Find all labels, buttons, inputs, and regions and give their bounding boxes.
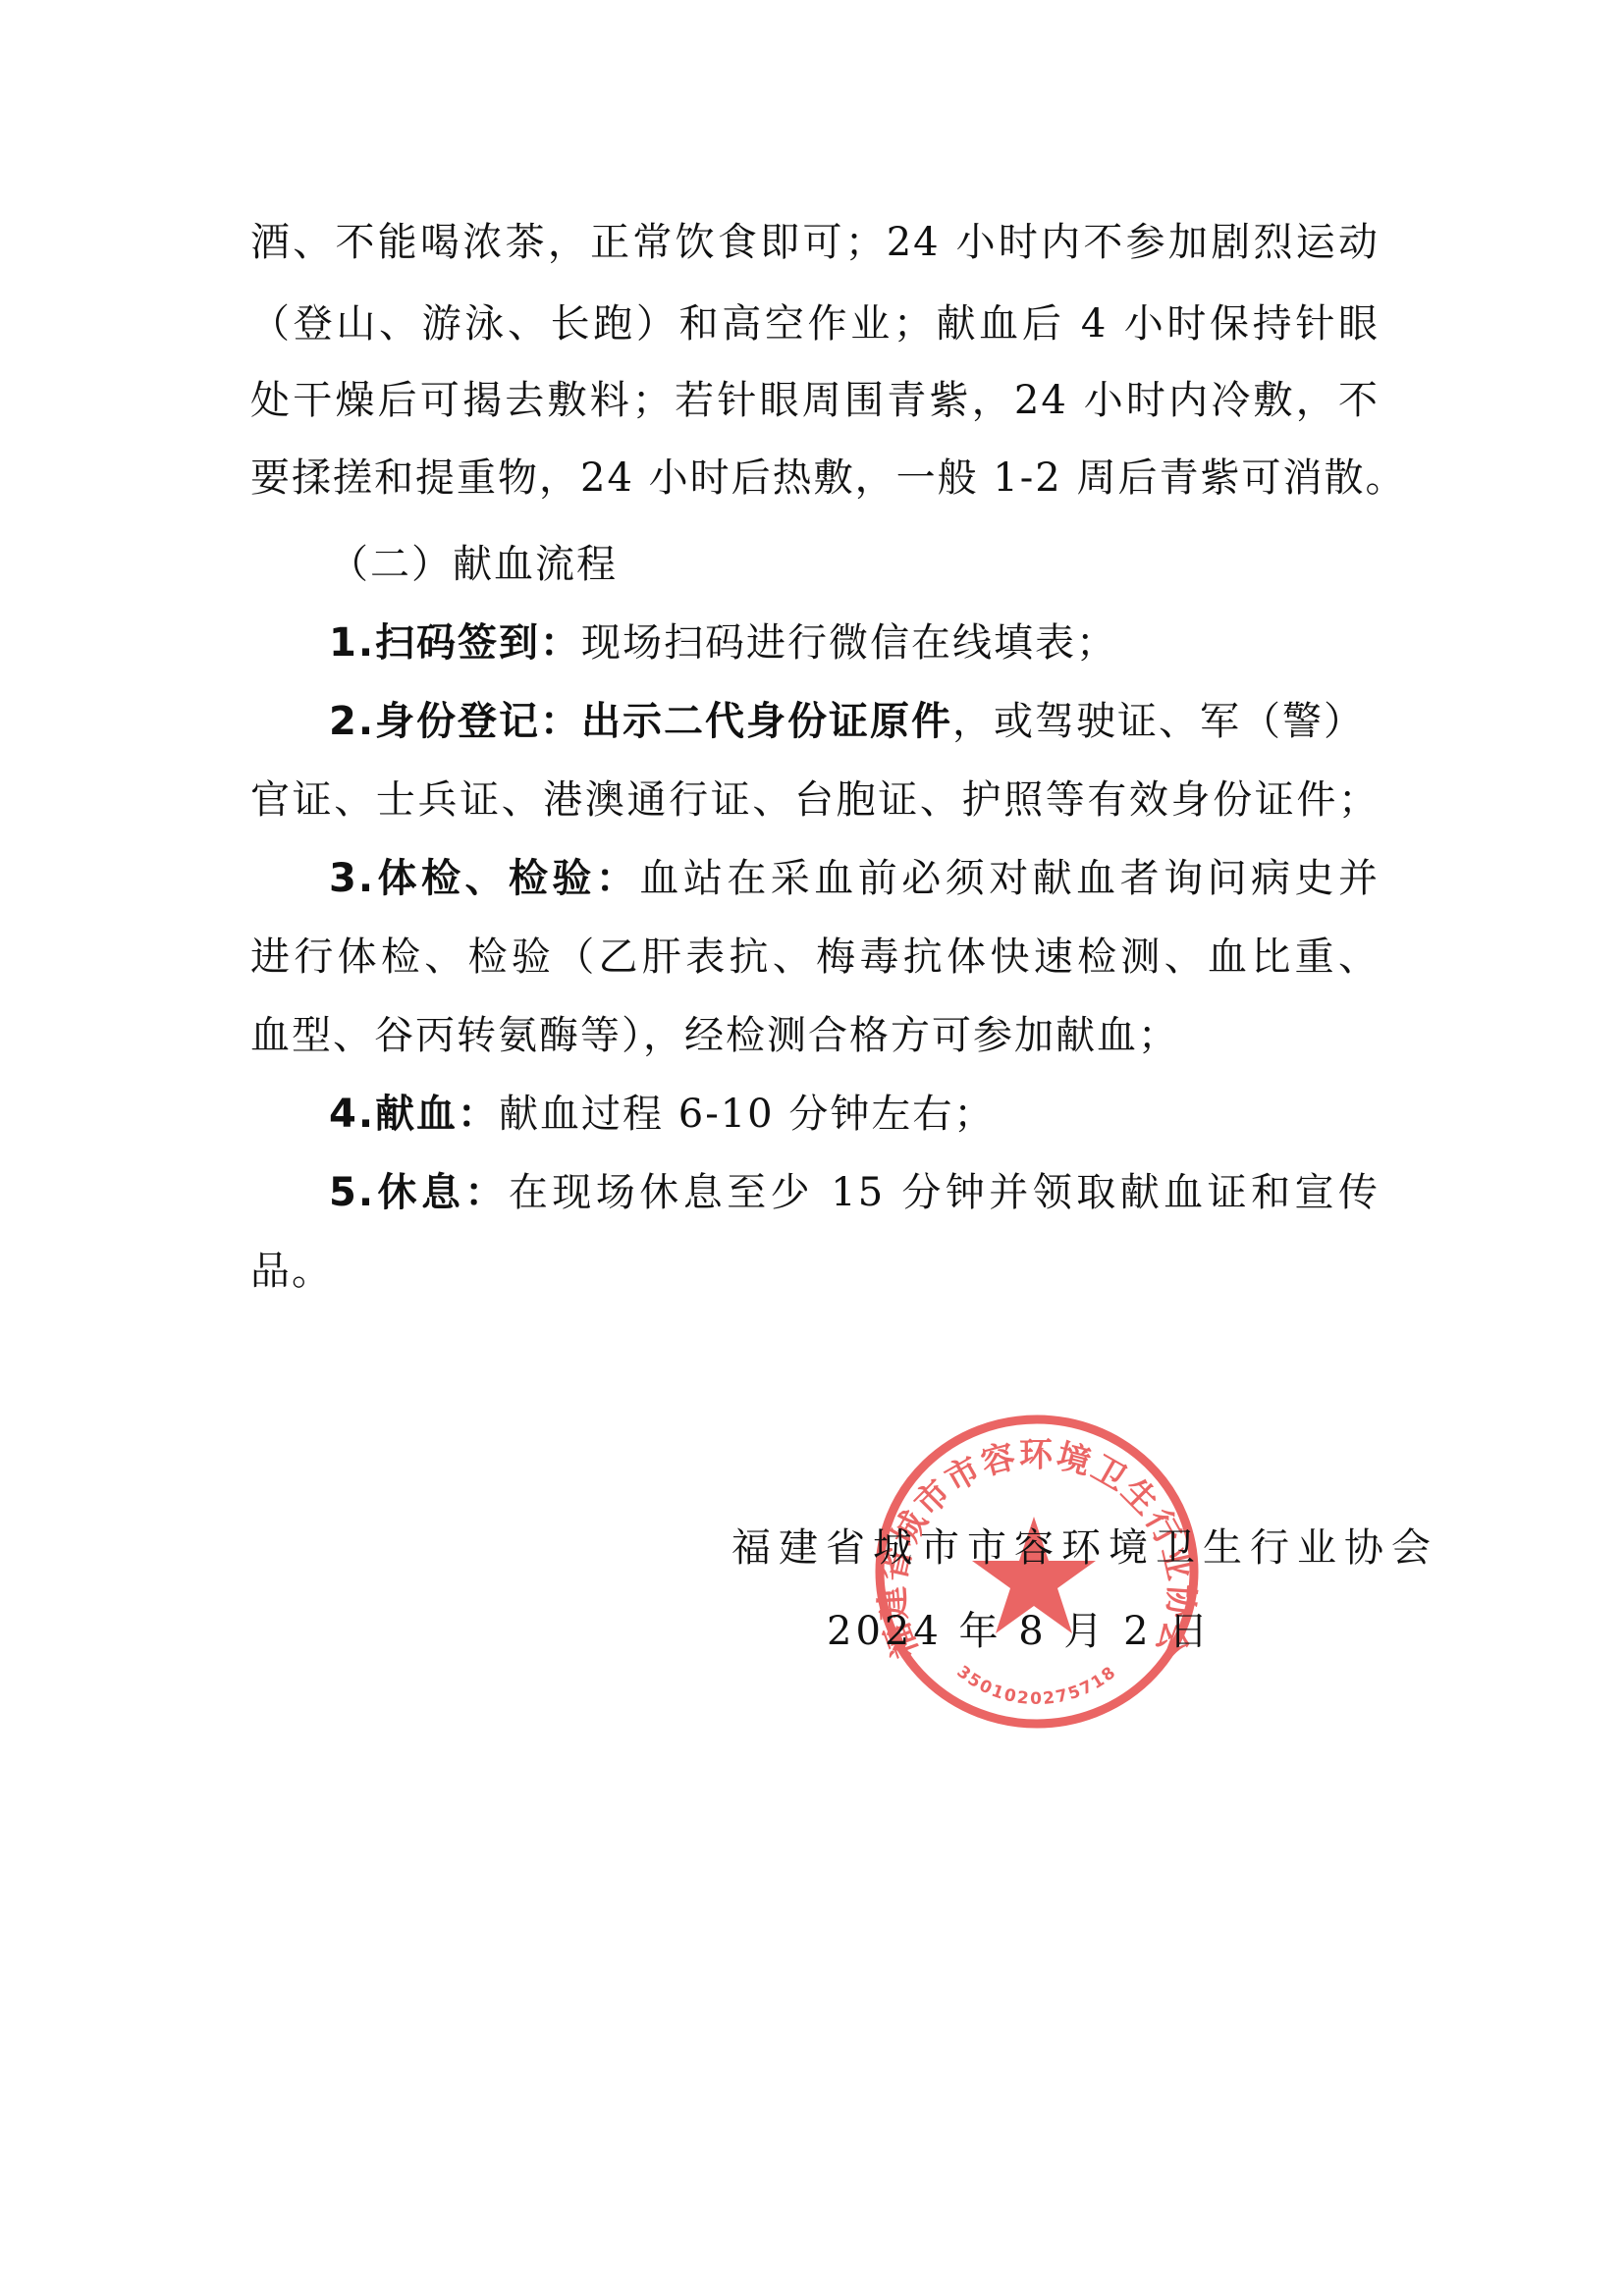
step-1: 1.扫码签到：现场扫码进行微信在线填表； <box>329 604 1380 682</box>
step-2: 2.身份登记：出示二代身份证原件，或驾驶证、军（警） <box>329 682 1380 761</box>
step-2-label: 2.身份登记： <box>329 699 581 744</box>
step-5-text-1: 在现场休息至少 15 分钟并领取献血证和宣传 <box>509 1170 1380 1215</box>
signature-date: 2024 年 8 月 2 日 <box>827 1600 1212 1656</box>
step-3: 3.体检、检验：血站在采血前必须对献血者询问病史并 <box>329 839 1380 918</box>
para-line-3: 处干燥后可揭去敷料；若针眼周围青紫，24 小时内冷敷，不 <box>250 361 1380 440</box>
step-1-text: 现场扫码进行微信在线填表； <box>581 620 1117 666</box>
section-heading: （二）献血流程 <box>329 525 1380 604</box>
step-2-line-2: 官证、士兵证、港澳通行证、台胞证、护照等有效身份证件； <box>250 761 1380 839</box>
step-2-text-1: ，或驾驶证、军（警） <box>952 699 1365 744</box>
signature-organization: 福建省城市市容环境卫生行业协会 <box>731 1517 1438 1573</box>
svg-text:3501020275718: 3501020275718 <box>952 1662 1120 1709</box>
para-line-2: （登山、游泳、长跑）和高空作业；献血后 4 小时保持针眼 <box>250 285 1380 363</box>
step-3-text-1: 血站在采血前必须对献血者询问病史并 <box>639 856 1380 901</box>
step-5-label: 5.休息： <box>329 1170 509 1215</box>
para-line-4: 要揉搓和提重物，24 小时后热敷，一般 1-2 周后青紫可消散。 <box>250 439 1380 517</box>
step-4-text: 献血过程 6-10 分钟左右； <box>499 1092 995 1137</box>
step-3-label: 3.体检、检验： <box>329 856 639 901</box>
step-3-line-2: 进行体检、检验（乙肝表抗、梅毒抗体快速检测、血比重、 <box>250 918 1380 996</box>
step-2-emphasis: 出示二代身份证原件 <box>581 698 952 744</box>
step-5: 5.休息：在现场休息至少 15 分钟并领取献血证和宣传 <box>329 1153 1380 1232</box>
step-5-line-2: 品。 <box>250 1232 1380 1310</box>
step-4-label: 4.献血： <box>329 1092 499 1137</box>
step-1-label: 1.扫码签到： <box>329 620 581 666</box>
step-4: 4.献血：献血过程 6-10 分钟左右； <box>329 1075 1380 1153</box>
para-line-1: 酒、不能喝浓茶，正常饮食即可；24 小时内不参加剧烈运动 <box>250 203 1380 282</box>
step-3-line-3: 血型、谷丙转氨酶等），经检测合格方可参加献血； <box>250 996 1380 1075</box>
